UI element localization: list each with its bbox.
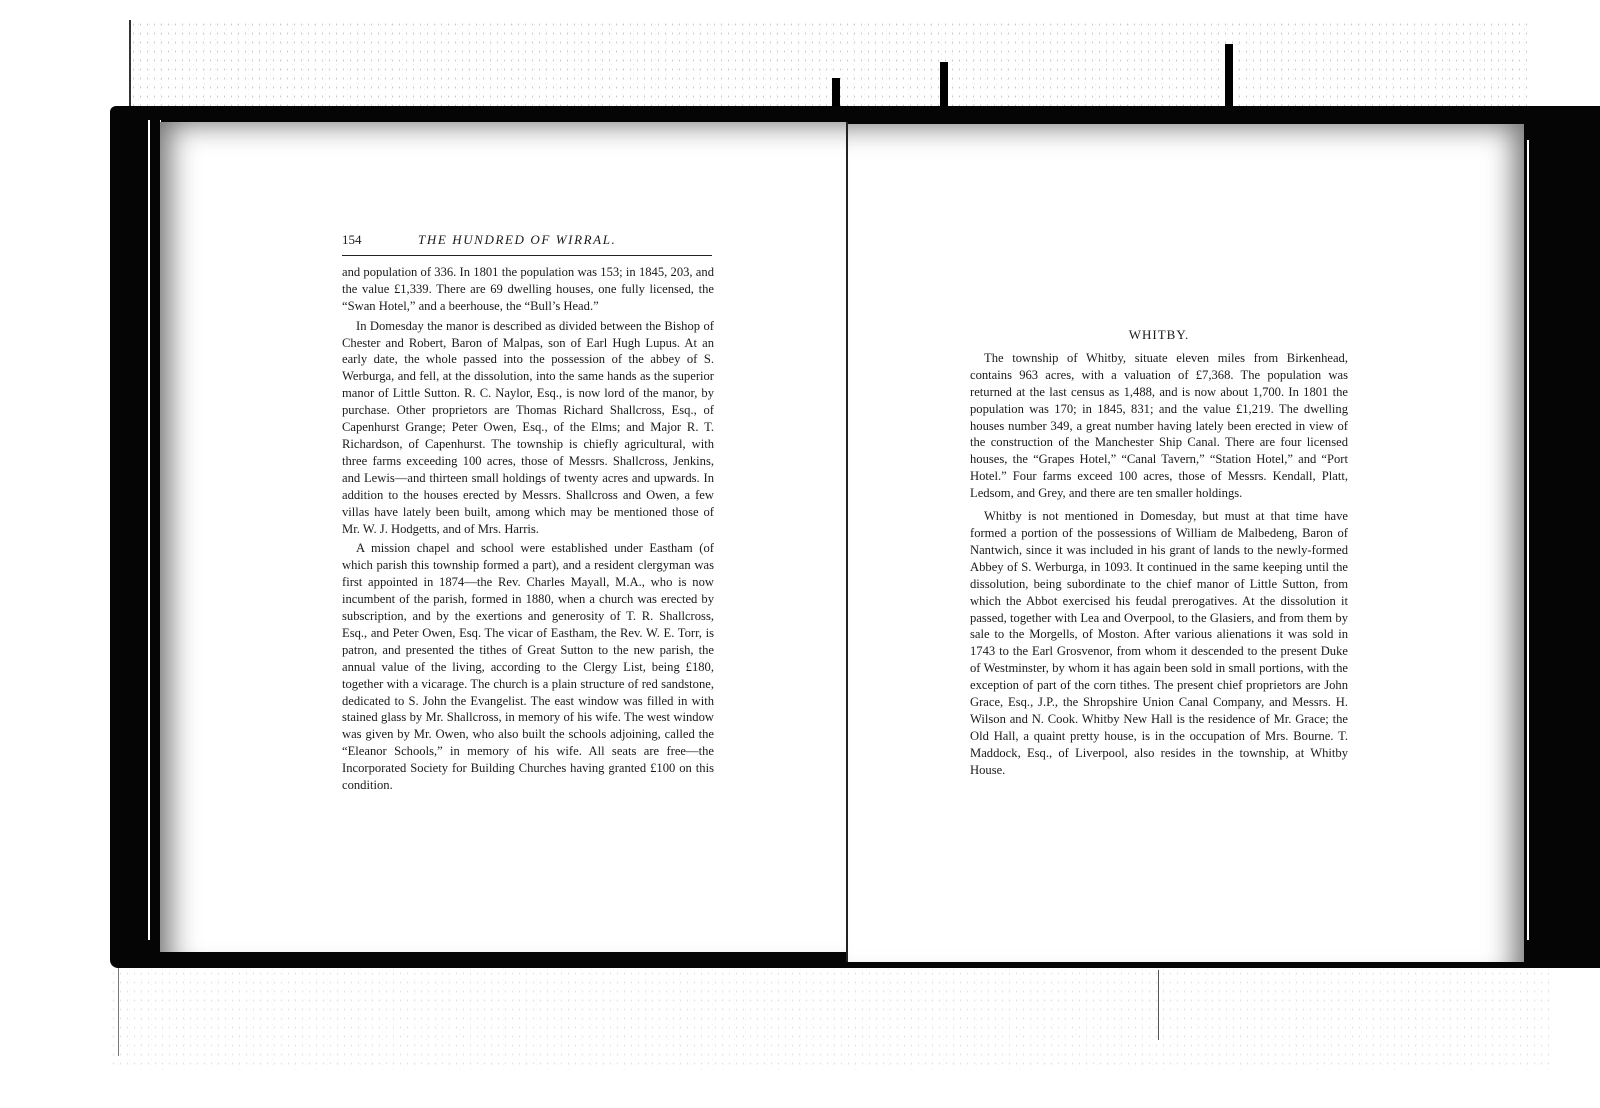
section-title: WHITBY. xyxy=(970,327,1348,344)
scan-noise-bottom xyxy=(110,960,1550,1070)
page-number: 154 xyxy=(342,232,418,249)
paragraph: The township of Whitby, situate eleven m… xyxy=(970,350,1348,502)
paragraph: Whitby is not mentioned in Domesday, but… xyxy=(970,508,1348,779)
scan-artifact-line xyxy=(129,20,131,110)
scan-artifact-line xyxy=(118,966,119,1056)
scan-noise-top xyxy=(130,20,1530,115)
right-page-text: WHITBY. The township of Whitby, situate … xyxy=(970,327,1348,779)
paragraph: A mission chapel and school were establi… xyxy=(342,540,714,794)
running-head-title: THE HUNDRED OF WIRRAL. xyxy=(418,232,616,249)
left-page-text: 154 THE HUNDRED OF WIRRAL. and populatio… xyxy=(342,232,714,794)
page-tab-marker xyxy=(1225,44,1233,114)
running-head: 154 THE HUNDRED OF WIRRAL. xyxy=(342,232,712,256)
scan-artifact-line xyxy=(1158,970,1159,1040)
paragraph: and population of 336. In 1801 the popul… xyxy=(342,264,714,315)
page-edges-right xyxy=(1527,140,1535,940)
book-gutter xyxy=(846,122,848,962)
paragraph: In Domesday the manor is described as di… xyxy=(342,318,714,538)
